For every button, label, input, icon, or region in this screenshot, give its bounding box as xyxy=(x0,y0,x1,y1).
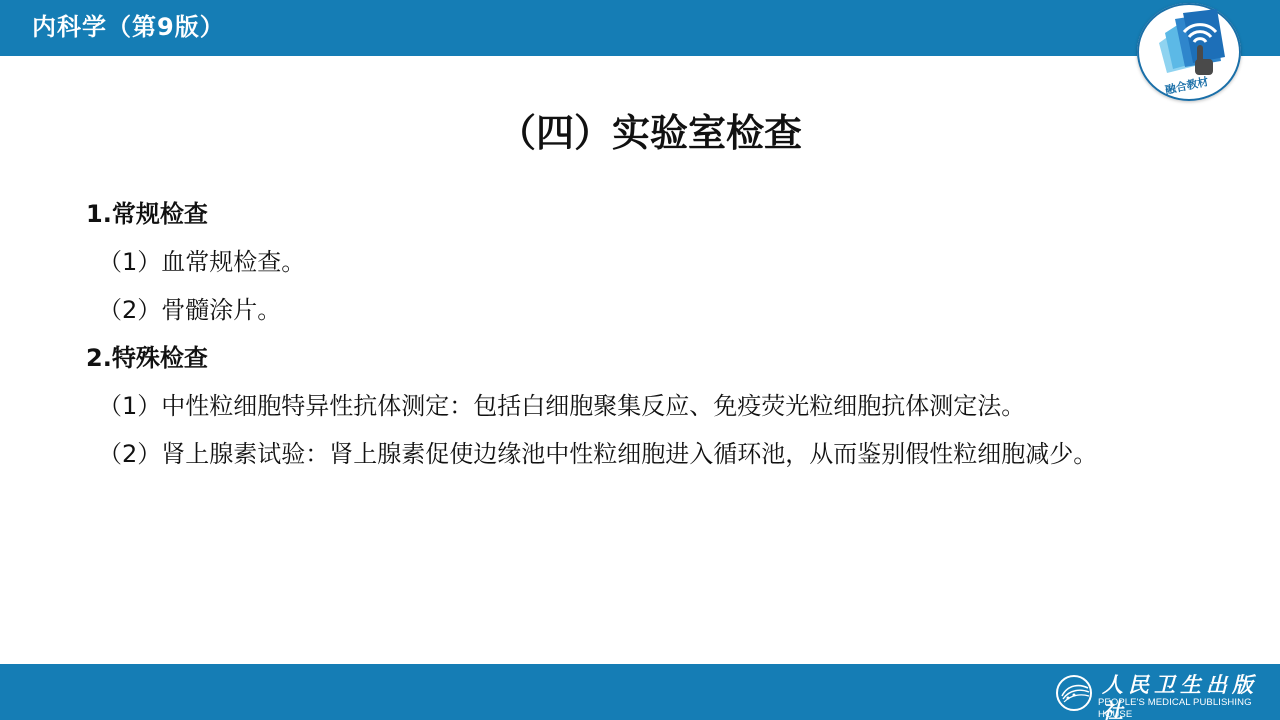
publisher-emblem-icon xyxy=(1054,674,1094,712)
section-heading-special: 2.特殊检查 xyxy=(86,340,208,376)
header-bar: 内科学（第9版） xyxy=(0,0,1280,56)
list-item: （2）肾上腺素试验：肾上腺素促使边缘池中性粒细胞进入循环池，从而鉴别假性粒细胞减… xyxy=(98,436,1097,472)
badge-label: 融合教材 xyxy=(1164,74,1210,97)
list-item: （1）中性粒细胞特异性抗体测定：包括白细胞聚集反应、免疫荧光粒细胞抗体测定法。 xyxy=(98,388,1025,424)
publisher-name-en: PEOPLE'S MEDICAL PUBLISHING HOUSE xyxy=(1098,697,1274,720)
wifi-touch-book-icon: 融合教材 xyxy=(1137,3,1241,101)
list-item: （1）血常规检查。 xyxy=(98,244,305,280)
slide-title: （四）实验室检查 xyxy=(0,108,1280,158)
publisher-logo: 人民卫生出版社 PEOPLE'S MEDICAL PUBLISHING HOUS… xyxy=(1054,672,1274,714)
section-heading-routine: 1.常规检查 xyxy=(86,196,208,232)
fusion-textbook-badge: 融合教材 xyxy=(1137,3,1241,101)
list-item: （2）骨髓涂片。 xyxy=(98,292,281,328)
book-title: 内科学（第9版） xyxy=(32,12,225,42)
